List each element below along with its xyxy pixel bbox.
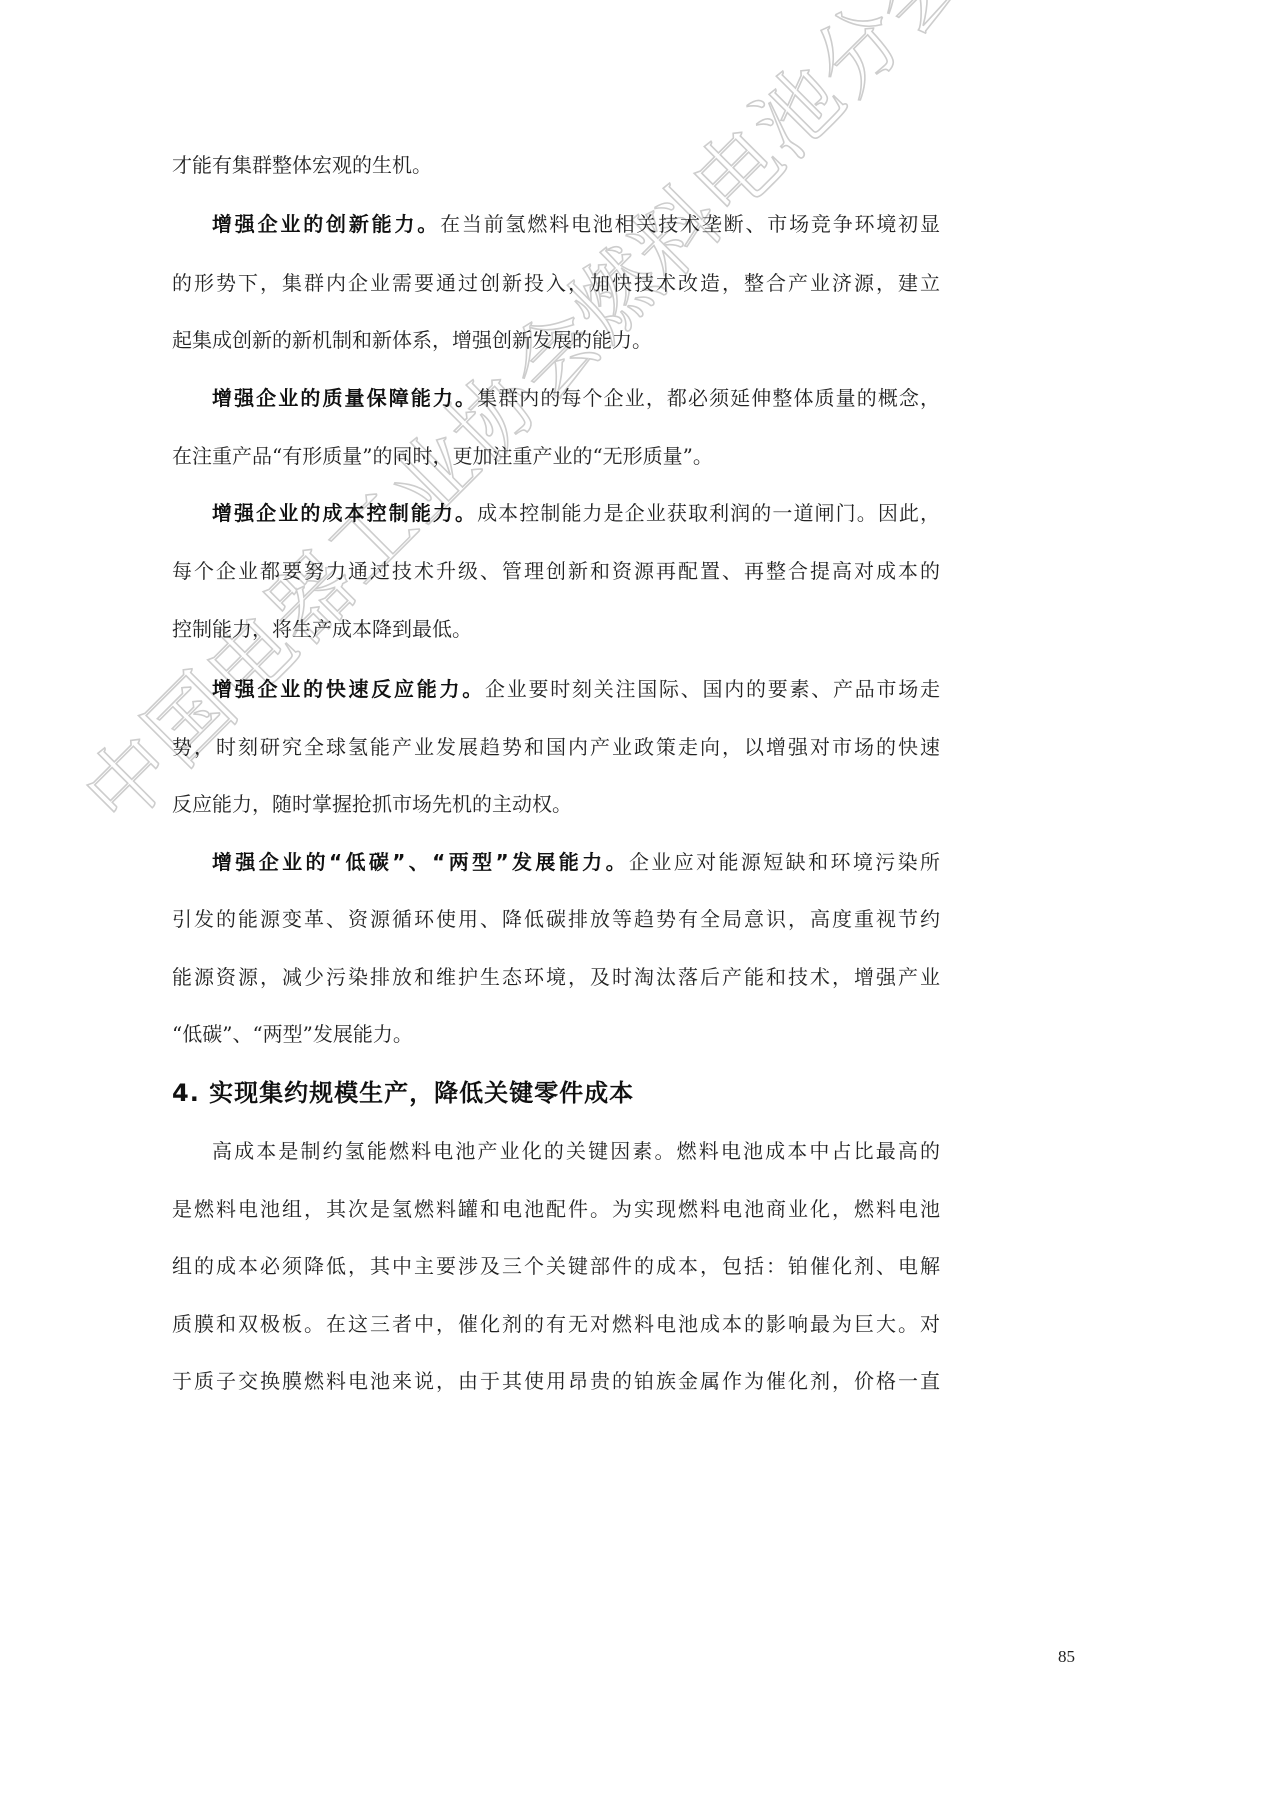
paragraph-line: 于质子交换膜燃料电池来说，由于其使用昂贵的铂族金属作为催化剂，价格一直	[172, 1366, 940, 1396]
paragraph-line: 高成本是制约氢能燃料电池产业化的关键因素。燃料电池成本中占比最高的	[212, 1136, 940, 1166]
section-heading: 4. 实现集约规模生产，降低关键零件成本	[172, 1075, 634, 1111]
paragraph-line: 是燃料电池组，其次是氢燃料罐和电池配件。为实现燃料电池商业化，燃料电池	[172, 1194, 940, 1224]
paragraph-line: 起集成创新的新机制和新体系，增强创新发展的能力。	[172, 325, 940, 355]
paragraph-line: 质膜和双极板。在这三者中，催化剂的有无对燃料电池成本的影响最为巨大。对	[172, 1309, 940, 1339]
paragraph-line: 的形势下，集群内企业需要通过创新投入，加快技术改造，整合产业济源，建立	[172, 268, 940, 298]
paragraph-lead-quality: 增强企业的质量保障能力。	[212, 386, 477, 410]
watermark: 中国电器工业协会燃料电池分会	[52, 0, 901, 848]
paragraph-line: 引发的能源变革、资源循环使用、降低碳排放等趋势有全局意识，高度重视节约	[172, 904, 940, 934]
paragraph-line: 组的成本必须降低，其中主要涉及三个关键部件的成本，包括：铂催化剂、电解	[172, 1251, 940, 1281]
paragraph-line: 控制能力，将生产成本降到最低。	[172, 614, 940, 644]
paragraph-lead-low-carbon: 增强企业的“低碳”、“两型”发展能力。	[212, 850, 629, 874]
paragraph-line: 在注重产品“有形质量”的同时，更加注重产业的“无形质量”。	[172, 441, 940, 471]
paragraph-line: 能源资源，减少污染排放和维护生态环境，及时淘汰落后产能和技术，增强产业	[172, 962, 940, 992]
page-number: 85	[1058, 1647, 1075, 1667]
paragraph-line: 每个企业都要努力通过技术升级、管理创新和资源再配置、再整合提高对成本的	[172, 556, 940, 586]
paragraph-line: 反应能力，随时掌握抢抓市场先机的主动权。	[172, 789, 940, 819]
paragraph-lead-rapid-response: 增强企业的快速反应能力。	[212, 677, 485, 701]
paragraph-line: 才能有集群整体宏观的生机。	[172, 150, 940, 180]
paragraph-line: 增强企业的成本控制能力。成本控制能力是企业获取利润的一道闸门。因此，	[212, 498, 940, 528]
paragraph-line: 增强企业的创新能力。在当前氢燃料电池相关技术垄断、市场竞争环境初显	[212, 209, 940, 239]
paragraph-lead-cost-control: 增强企业的成本控制能力。	[212, 501, 477, 525]
paragraph-line: “低碳”、“两型”发展能力。	[172, 1019, 940, 1049]
paragraph-line: 势，时刻研究全球氢能产业发展趋势和国内产业政策走向，以增强对市场的快速	[172, 732, 940, 762]
paragraph-lead-innovation: 增强企业的创新能力。	[212, 212, 440, 236]
document-page: 中国电器工业协会燃料电池分会 才能有集群整体宏观的生机。 增强企业的创新能力。在…	[0, 0, 1273, 1800]
paragraph-line: 增强企业的质量保障能力。集群内的每个企业，都必须延伸整体质量的概念，	[212, 383, 940, 413]
paragraph-line: 增强企业的快速反应能力。企业要时刻关注国际、国内的要素、产品市场走	[212, 674, 940, 704]
paragraph-line: 增强企业的“低碳”、“两型”发展能力。企业应对能源短缺和环境污染所	[212, 847, 940, 877]
